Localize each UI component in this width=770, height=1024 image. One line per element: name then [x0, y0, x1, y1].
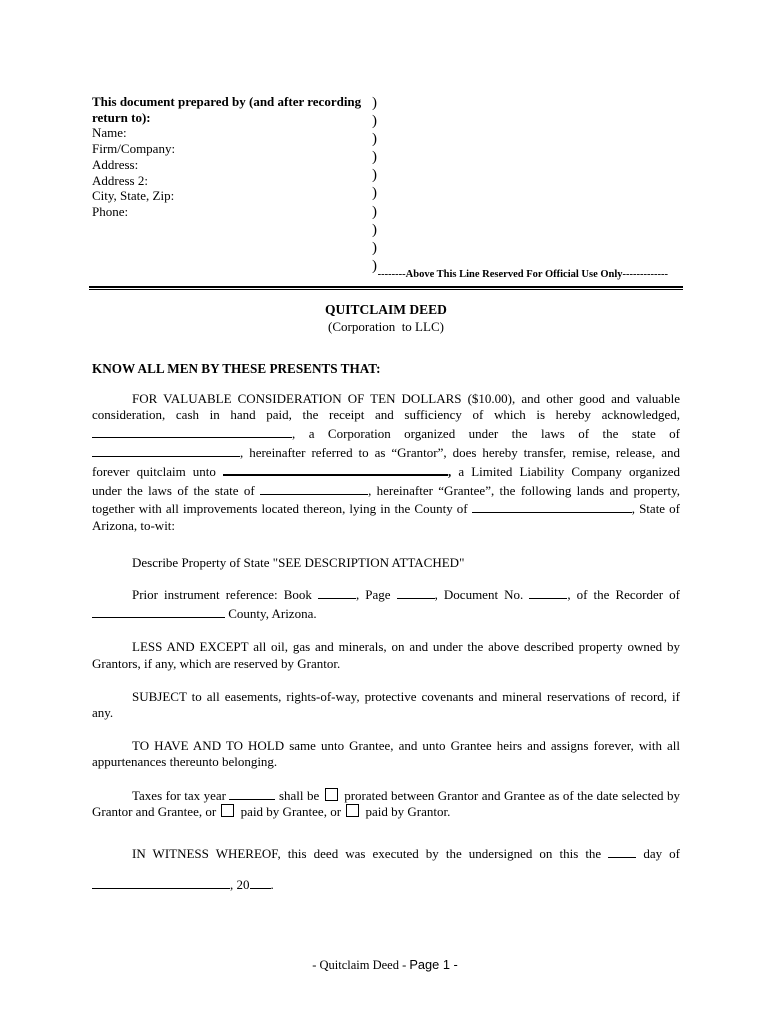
recording-field-label: Phone:	[92, 204, 392, 220]
taxes-paragraph: Taxes for tax year shall be prorated bet…	[92, 786, 680, 821]
book-blank[interactable]	[318, 585, 356, 599]
footer-page-label: Page 1 -	[409, 957, 457, 972]
text-segment: Prior instrument reference: Book	[132, 587, 318, 602]
less-and-except-paragraph: LESS AND EXCEPT all oil, gas and mineral…	[92, 639, 680, 672]
text-segment: paid by Grantor.	[362, 804, 450, 819]
witness-paragraph-line1: IN WITNESS WHEREOF, this deed was execut…	[92, 844, 680, 863]
reserved-use-notice: --------Above This Line Reserved For Off…	[92, 269, 668, 280]
recording-return-block: This document prepared by (and after rec…	[92, 94, 392, 220]
paren-mark: )	[372, 112, 377, 130]
text-segment: FOR VALUABLE CONSIDERATION OF TEN DOLLAR…	[92, 391, 680, 423]
recorder-county-blank[interactable]	[92, 604, 225, 618]
document-page: This document prepared by (and after rec…	[0, 0, 770, 1024]
recording-field-label: Firm/Company:	[92, 141, 392, 157]
page-blank[interactable]	[397, 585, 435, 599]
text-segment: .	[271, 877, 274, 892]
page-footer: - Quitclaim Deed - Page 1 -	[0, 957, 770, 973]
day-blank[interactable]	[608, 844, 636, 858]
document-subtitle: (Corporation to LLC)	[92, 319, 680, 336]
recording-fields: Name:Firm/Company:Address:Address 2:City…	[92, 125, 392, 219]
paid-by-grantee-checkbox[interactable]	[221, 804, 234, 817]
witness-paragraph-line2: , 20.	[92, 875, 680, 894]
paren-mark: )	[372, 239, 377, 257]
text-segment: paid by Grantee, or	[237, 804, 344, 819]
text-segment: LESS AND EXCEPT all oil, gas and mineral…	[92, 639, 680, 671]
text-segment: , 20	[230, 877, 250, 892]
text-segment: TO HAVE AND TO HOLD same unto Grantee, a…	[92, 738, 680, 770]
tax-year-blank[interactable]	[229, 786, 275, 800]
document-title: QUITCLAIM DEED	[92, 302, 680, 319]
text-segment: SUBJECT to all easements, rights-of-way,…	[92, 689, 680, 721]
grantee-state-blank[interactable]	[260, 481, 368, 495]
paren-mark: )	[372, 184, 377, 202]
text-segment: County, Arizona.	[225, 606, 317, 621]
text-segment: , a Corporation organized under the laws…	[292, 426, 680, 441]
paren-mark: )	[372, 148, 377, 166]
paren-mark: )	[372, 130, 377, 148]
prorated-checkbox[interactable]	[325, 788, 338, 801]
recording-field-label: Address 2:	[92, 173, 392, 189]
paren-mark: )	[372, 94, 377, 112]
paren-mark: )	[372, 166, 377, 184]
prepared-by-heading-line1: This document prepared by (and after rec…	[92, 94, 392, 110]
recording-field-label: City, State, Zip:	[92, 188, 392, 204]
year-blank[interactable]	[250, 875, 271, 889]
grantee-name-blank[interactable]	[223, 461, 448, 476]
paid-by-grantor-checkbox[interactable]	[346, 804, 359, 817]
prior-instrument-paragraph: Prior instrument reference: Book , Page …	[92, 585, 680, 622]
prepared-by-heading-line2: return to):	[92, 110, 392, 126]
subject-to-paragraph: SUBJECT to all easements, rights-of-way,…	[92, 689, 680, 722]
consideration-paragraph: FOR VALUABLE CONSIDERATION OF TEN DOLLAR…	[92, 391, 680, 535]
paren-mark: )	[372, 221, 377, 239]
text-segment: shall be	[275, 788, 322, 803]
text-segment: , of the Recorder of	[567, 587, 680, 602]
text-segment: , Page	[356, 587, 397, 602]
text-segment: Describe Property of State "SEE DESCRIPT…	[132, 555, 464, 570]
county-blank[interactable]	[472, 499, 632, 513]
paren-mark: )	[372, 203, 377, 221]
footer-doc-label: - Quitclaim Deed -	[312, 958, 409, 972]
property-description-paragraph: Describe Property of State "SEE DESCRIPT…	[92, 555, 680, 572]
grantor-state-blank[interactable]	[92, 443, 240, 457]
presents-heading: KNOW ALL MEN BY THESE PRESENTS THAT:	[92, 361, 680, 378]
habendum-paragraph: TO HAVE AND TO HOLD same unto Grantee, a…	[92, 738, 680, 771]
grantor-name-blank[interactable]	[92, 424, 292, 438]
month-blank[interactable]	[92, 875, 230, 889]
paren-column: ))))))))))	[372, 94, 377, 275]
text-segment: , Document No.	[435, 587, 530, 602]
divider-line	[89, 286, 683, 288]
deed-content: QUITCLAIM DEED (Corporation to LLC) KNOW…	[92, 302, 680, 893]
document-no-blank[interactable]	[529, 585, 567, 599]
recording-field-label: Address:	[92, 157, 392, 173]
recording-field-label: Name:	[92, 125, 392, 141]
text-segment: day of	[636, 846, 680, 861]
text-segment: IN WITNESS WHEREOF, this deed was execut…	[132, 846, 608, 861]
text-segment: Taxes for tax year	[132, 788, 229, 803]
